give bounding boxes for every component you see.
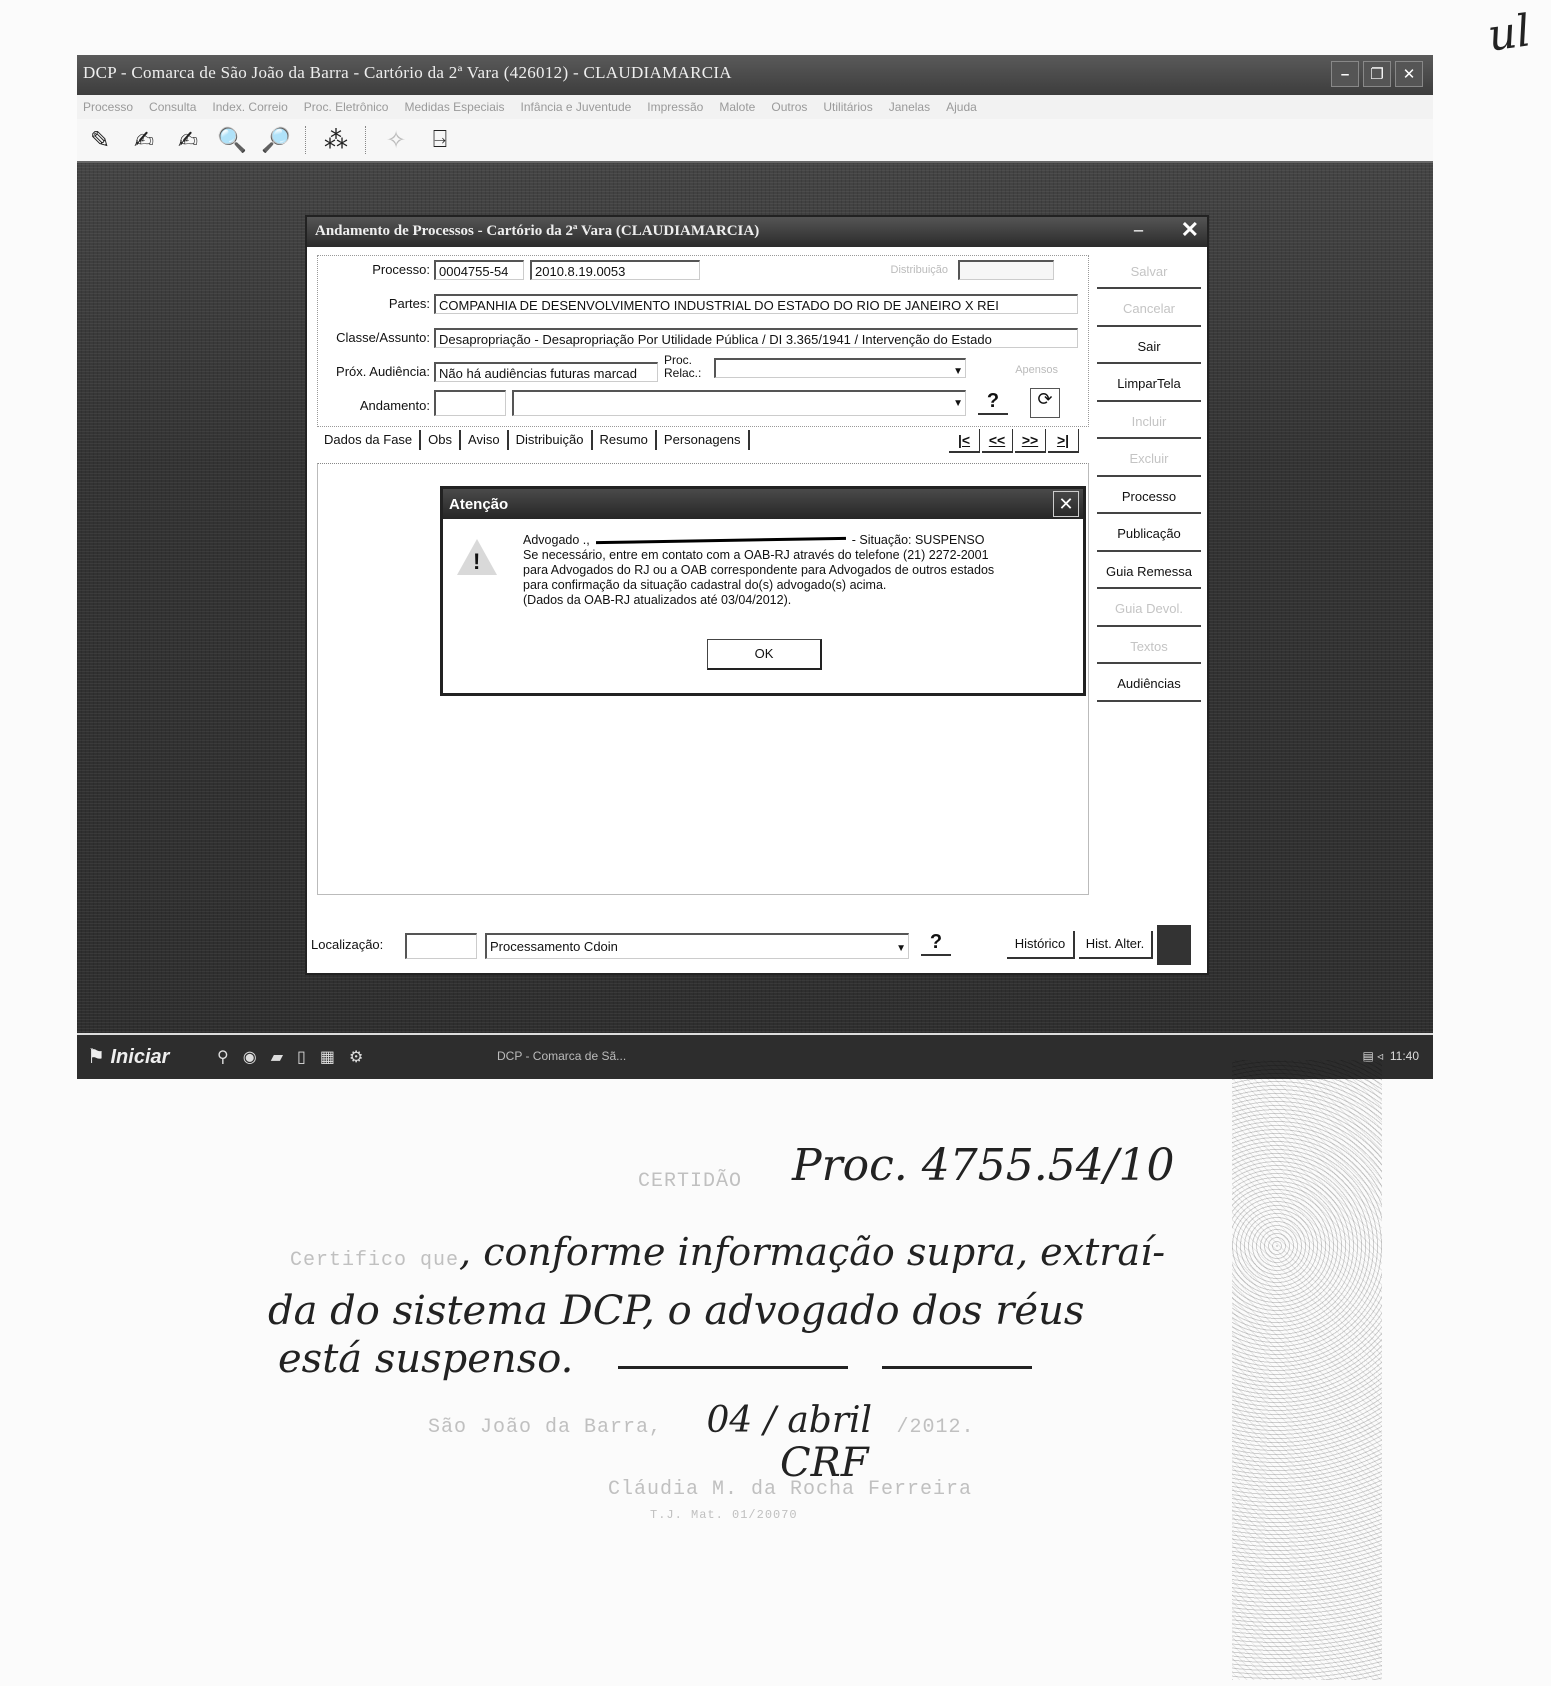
side-button-salvar[interactable]: Salvar (1097, 255, 1201, 289)
start-button[interactable]: ⚑ Iniciar (87, 1044, 169, 1069)
search-attach-icon[interactable]: 🔎 (261, 125, 291, 155)
refresh-icon[interactable]: ⟳ (1030, 388, 1060, 418)
partes-field[interactable]: COMPANHIA DE DESENVOLVIMENTO INDUSTRIAL … (434, 294, 1078, 314)
localizacao-code-field[interactable] (405, 933, 477, 959)
tab-aviso[interactable]: Aviso (461, 430, 509, 450)
close-icon[interactable]: ✕ (1181, 217, 1199, 243)
sign-document-icon[interactable]: ✍ (129, 125, 159, 155)
side-button-guia-remessa[interactable]: Guia Remessa (1097, 555, 1201, 589)
taskbar-item-dcp[interactable]: DCP - Comarca de Sã... (497, 1049, 626, 1063)
close-icon[interactable]: ✕ (1395, 61, 1423, 87)
edit-pen-icon[interactable]: ✎ (85, 125, 115, 155)
audiencia-label: Próx. Audiência: (318, 364, 430, 379)
alert-title: Atenção (449, 496, 508, 513)
menu-item[interactable]: Infância e Juventude (521, 100, 632, 114)
side-button-excluir[interactable]: Excluir (1097, 443, 1201, 477)
child-titlebar: Andamento de Processos - Cartório da 2ª … (307, 217, 1207, 247)
localizacao-select[interactable]: Processamento Cdoin▼ (485, 933, 909, 959)
certificate-line-3: está suspenso. (278, 1336, 1032, 1382)
processo-number-field[interactable]: 0004755-54 (434, 260, 524, 280)
side-button-publica-o[interactable]: Publicação (1097, 518, 1201, 552)
chevron-down-icon: ▼ (953, 394, 963, 414)
alert-message: Advogado .,- Situação: SUSPENSO Se neces… (523, 533, 1073, 608)
alert-titlebar: Atenção ✕ (443, 489, 1083, 519)
main-titlebar: DCP - Comarca de São João da Barra - Car… (77, 55, 1433, 95)
quicklaunch-icon[interactable]: ⚲ (217, 1047, 229, 1067)
signer-name: Cláudia M. da Rocha Ferreira (608, 1478, 972, 1501)
tab-strip: Dados da FaseObsAvisoDistribuiçãoResumoP… (317, 423, 1087, 457)
distribuicao-label: Distribuição (858, 264, 948, 276)
restore-icon[interactable]: ❐ (1363, 61, 1391, 87)
side-button-limpartela[interactable]: LimparTela (1097, 368, 1201, 402)
child-title: Andamento de Processos - Cartório da 2ª … (315, 223, 759, 240)
chevron-down-icon: ▼ (953, 362, 963, 378)
faded-icon[interactable]: ✧ (381, 125, 411, 155)
menu-item[interactable]: Outros (771, 100, 807, 114)
andamento-select[interactable]: ▼ (512, 390, 966, 416)
folder-icon[interactable]: ▰ (271, 1047, 283, 1067)
signer-id: T.J. Mat. 01/20070 (650, 1508, 798, 1522)
minimize-icon[interactable]: – (1331, 61, 1359, 87)
distribuicao-field (958, 260, 1054, 280)
side-button-processo[interactable]: Processo (1097, 480, 1201, 514)
warning-exclamation: ! (473, 549, 480, 575)
certificate-heading: CERTIDÃO (638, 1170, 742, 1193)
menu-item[interactable]: Janelas (889, 100, 930, 114)
calculator-icon[interactable]: ▦ (320, 1047, 335, 1067)
processo-cnj-field[interactable]: 2010.8.19.0053 (530, 260, 700, 280)
classe-field[interactable]: Desapropriação - Desapropriação Por Util… (434, 328, 1078, 348)
processo-label: Processo: (318, 262, 430, 277)
tab-obs[interactable]: Obs (421, 430, 461, 450)
menu-item[interactable]: Processo (83, 100, 133, 114)
audiencia-field: Não há audiências futuras marcad (434, 362, 658, 382)
tab-dados-da-fase[interactable]: Dados da Fase (317, 430, 421, 450)
menu-item[interactable]: Impressão (647, 100, 703, 114)
side-button-textos[interactable]: Textos (1097, 630, 1201, 664)
last-record-button[interactable]: >| (1048, 429, 1079, 453)
corner-block (1157, 925, 1191, 965)
andamento-label: Andamento: (318, 398, 430, 413)
chevron-down-icon: ▼ (896, 937, 906, 959)
apensos-button[interactable]: Apensos (988, 364, 1058, 376)
proc-relac-select[interactable]: ▼ (714, 358, 966, 378)
people-icon[interactable]: ⁂ (321, 125, 351, 155)
menu-item[interactable]: Utilitários (823, 100, 872, 114)
settings-icon[interactable]: ⚙ (349, 1047, 363, 1067)
certificate-line-1: Certifico que, conforme informação supra… (290, 1230, 1165, 1274)
first-record-button[interactable]: |< (949, 429, 980, 453)
partes-label: Partes: (318, 296, 430, 311)
sign-multiple-icon[interactable]: ✍ (173, 125, 203, 155)
hist-alter-button[interactable]: Hist. Alter. (1079, 931, 1153, 959)
side-button-guia-devol-[interactable]: Guia Devol. (1097, 593, 1201, 627)
side-button-cancelar[interactable]: Cancelar (1097, 293, 1201, 327)
menubar: ProcessoConsultaIndex. CorreioProc. Elet… (77, 95, 1433, 119)
app-title: DCP - Comarca de São João da Barra - Car… (83, 63, 732, 83)
side-button-incluir[interactable]: Incluir (1097, 405, 1201, 439)
search-document-icon[interactable]: 🔍 (217, 125, 247, 155)
menu-item[interactable]: Medidas Especiais (404, 100, 504, 114)
minimize-icon[interactable]: – (1134, 219, 1143, 240)
tab-personagens[interactable]: Personagens (657, 430, 750, 450)
side-button-sair[interactable]: Sair (1097, 330, 1201, 364)
localizacao-help-button[interactable]: ? (921, 931, 951, 956)
redacted-name (596, 537, 846, 544)
menu-item[interactable]: Consulta (149, 100, 196, 114)
handwritten-initials: ul (1485, 5, 1534, 61)
close-icon[interactable]: ✕ (1053, 491, 1079, 517)
browser-icon[interactable]: ◉ (243, 1047, 257, 1067)
ok-button[interactable]: OK (707, 639, 822, 670)
certificate-date-line: São João da Barra, 04 / abril /2012. (428, 1400, 975, 1441)
taskbar: ⚑ Iniciar ⚲ ◉ ▰ ▯ ▦ ⚙ DCP - Comarca de S… (77, 1033, 1433, 1079)
side-button-audi-ncias[interactable]: Audiências (1097, 668, 1201, 702)
menu-item[interactable]: Ajuda (946, 100, 977, 114)
andamento-code-field[interactable] (434, 390, 506, 416)
alert-dialog: Atenção ✕ ! Advogado .,- Situação: SUSPE… (440, 486, 1086, 696)
menu-item[interactable]: Malote (719, 100, 755, 114)
proc-relac-label: Proc. Relac.: (664, 354, 708, 380)
certificate-line-2: da do sistema DCP, o advogado dos réus (268, 1288, 1084, 1334)
document-icon[interactable]: ▯ (297, 1047, 306, 1067)
exit-door-icon[interactable]: ⍈ (425, 125, 455, 155)
scan-artifact (1232, 1060, 1382, 1680)
menu-item[interactable]: Index. Correio (212, 100, 287, 114)
localizacao-label: Localização: (311, 937, 383, 952)
andamento-help-button[interactable]: ? (978, 390, 1008, 415)
process-reference: Proc. 4755.54/10 (792, 1140, 1175, 1191)
next-record-button[interactable]: >> (1015, 429, 1046, 453)
historico-button[interactable]: Histórico (1007, 931, 1075, 959)
previous-record-button[interactable]: << (982, 429, 1013, 453)
menu-item[interactable]: Proc. Eletrônico (304, 100, 389, 114)
toolbar: ✎ ✍ ✍ 🔍 🔎 ⁂ ✧ ⍈ (77, 119, 1433, 163)
localizacao-row: Localização: Processamento Cdoin▼ ? Hist… (311, 925, 1201, 965)
tab-distribui-o[interactable]: Distribuição (509, 430, 593, 450)
tab-resumo[interactable]: Resumo (593, 430, 657, 450)
process-form: Processo: 0004755-54 2010.8.19.0053 Dist… (317, 255, 1089, 427)
screenshot-printout: DCP - Comarca de São João da Barra - Car… (77, 55, 1433, 1077)
classe-label: Classe/Assunto: (318, 330, 430, 345)
